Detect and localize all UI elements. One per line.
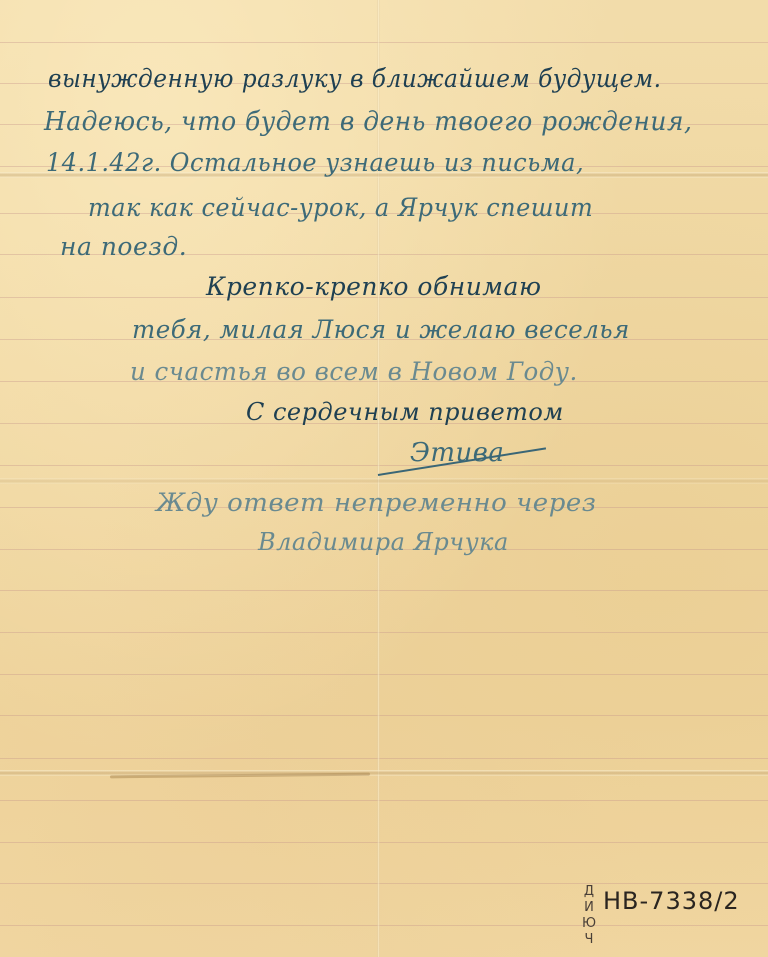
archive-letter: Ч [581, 932, 597, 948]
archive-letter: И [581, 900, 597, 916]
letter-line-1: вынужденную разлуку в ближайшем будущем. [48, 64, 661, 93]
ruled-line [0, 925, 768, 926]
ruled-line [0, 842, 768, 843]
greeting: С сердечным приветом [246, 398, 564, 426]
letter-line-3: 14.1.42г. Остальное узнаешь из письма, [46, 148, 584, 177]
ruled-line [0, 590, 768, 591]
ruled-line [0, 632, 768, 633]
ruled-line [0, 465, 768, 466]
horizontal-fold-middle [0, 478, 768, 484]
letter-line-5: на поезд. [60, 232, 187, 261]
postscript-line-2: Владимира Ярчука [258, 528, 509, 556]
ruled-line [0, 883, 768, 884]
ruled-line [0, 800, 768, 801]
postscript-line-1: Жду ответ непременно через [156, 488, 596, 517]
archive-vertical-letters: Д И Ю Ч [581, 884, 597, 948]
letter-line-2: Надеюсь, что будет в день твоего рождени… [44, 107, 692, 137]
letter-page: вынужденную разлуку в ближайшем будущем.… [0, 0, 768, 957]
archive-inventory-number: НВ-7338/2 [603, 887, 740, 915]
closing-line-1: Крепко-крепко обнимаю [206, 272, 541, 301]
archive-letter: Ю [581, 916, 597, 932]
ruled-line [0, 715, 768, 716]
closing-line-2: тебя, милая Люся и желаю веселья [132, 315, 630, 344]
closing-line-3: и счастья во всем в Новом Году. [130, 357, 578, 386]
signature: Этива [410, 438, 504, 468]
letter-line-4: так как сейчас-урок, а Ярчук спешит [88, 193, 593, 222]
ruled-line [0, 42, 768, 43]
ruled-line [0, 758, 768, 759]
archive-letter: Д [581, 884, 597, 900]
ruled-line [0, 674, 768, 675]
